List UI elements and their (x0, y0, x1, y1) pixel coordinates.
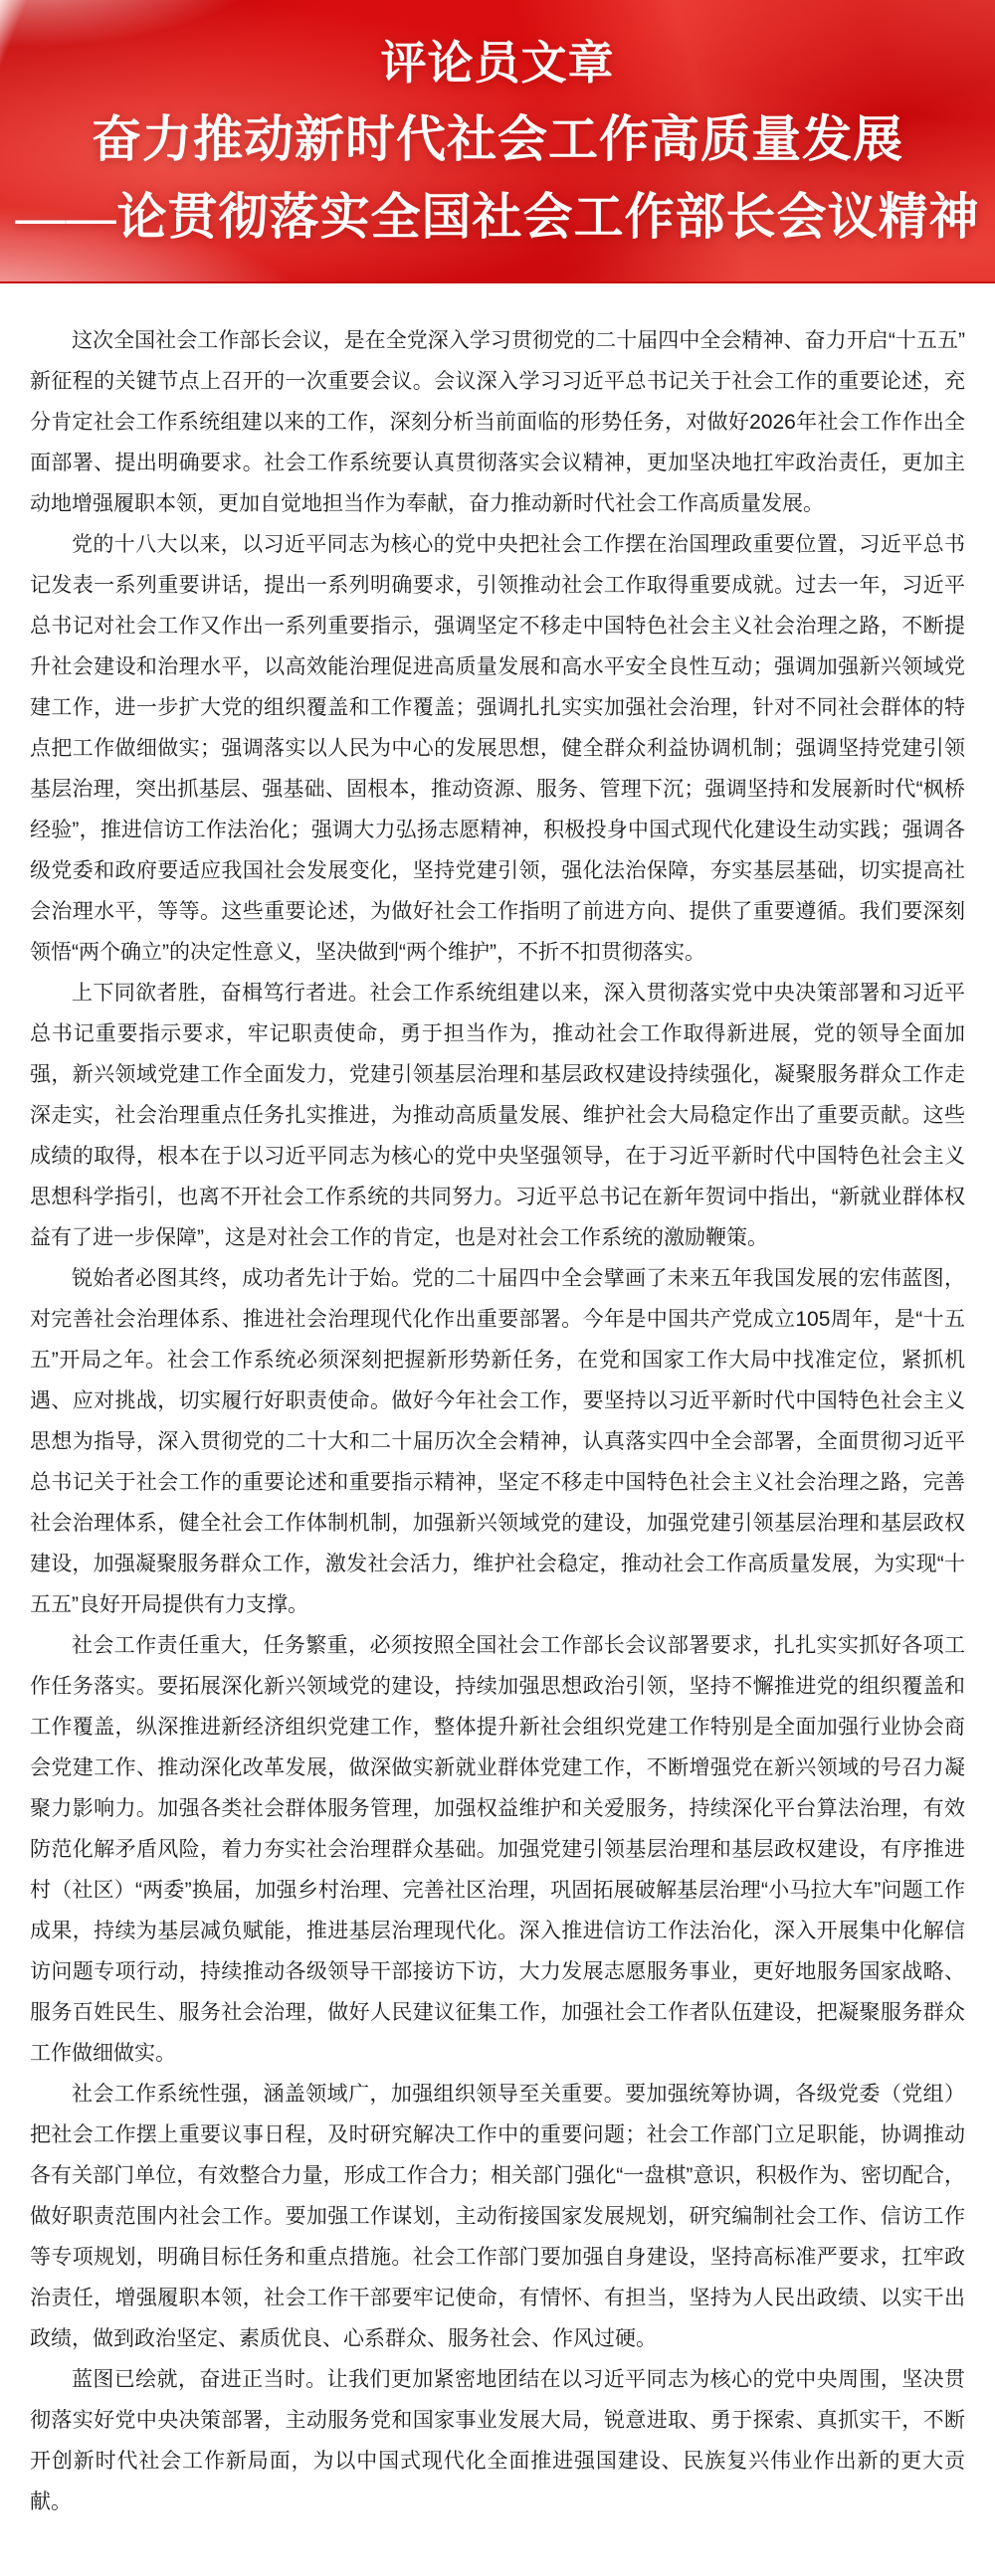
article-paragraph-6: 社会工作系统性强，涵盖领域广，加强组织领导至关重要。要加强统筹协调，各级党委（党… (30, 2074, 965, 2359)
article-paragraph-3: 上下同欲者胜，奋楫笃行者进。社会工作系统组建以来，深入贯彻落实党中央决策部署和习… (30, 973, 965, 1258)
article-title: 奋力推动新时代社会工作高质量发展 (92, 114, 903, 164)
article-paragraph-4: 锐始者必图其终，成功者先计于始。党的二十届四中全会擘画了未来五年我国发展的宏伟蓝… (30, 1258, 965, 1625)
article-kicker: 评论员文章 (381, 41, 615, 87)
article-paragraph-7: 蓝图已绘就，奋进正当时。让我们更加紧密地团结在以习近平同志为核心的党中央周围，坚… (30, 2359, 965, 2522)
article-paragraph-5: 社会工作责任重大，任务繁重，必须按照全国社会工作部长会议部署要求，扎扎实实抓好各… (30, 1625, 965, 2074)
article-banner: 评论员文章 奋力推动新时代社会工作高质量发展 ——论贯彻落实全国社会工作部长会议… (0, 0, 995, 283)
article-paragraph-2: 党的十八大以来，以习近平同志为核心的党中央把社会工作摆在治国理政重要位置，习近平… (30, 524, 965, 973)
article-page: 评论员文章 奋力推动新时代社会工作高质量发展 ——论贯彻落实全国社会工作部长会议… (0, 0, 995, 2576)
article-body: 这次全国社会工作部长会议，是在全党深入学习贯彻党的二十届四中全会精神、奋力开启“… (0, 283, 995, 2534)
article-subtitle: ——论贯彻落实全国社会工作部长会议精神 (16, 192, 980, 242)
article-paragraph-1: 这次全国社会工作部长会议，是在全党深入学习贯彻党的二十届四中全会精神、奋力开启“… (30, 320, 965, 524)
